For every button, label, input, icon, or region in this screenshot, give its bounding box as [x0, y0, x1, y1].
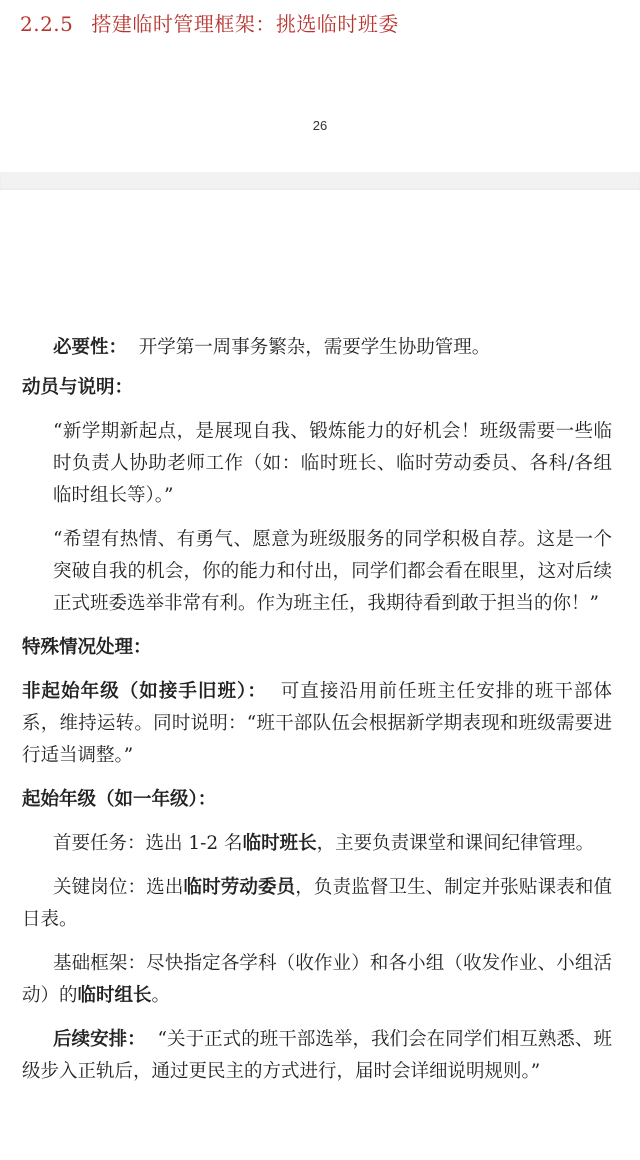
follow-up-label: 后续安排：: [53, 1029, 146, 1050]
previous-page-bottom: 2.2.5搭建临时管理框架：挑选临时班委 26: [0, 0, 640, 172]
section-number: 2.2.5: [20, 12, 73, 36]
necessity-text: 开学第一周事务繁杂，需要学生协助管理。: [139, 337, 491, 358]
section-heading: 2.2.5搭建临时管理框架：挑选临时班委: [20, 8, 399, 37]
starting-item-2: 关键岗位：选出临时劳动委员，负责监督卫生、制定并张贴课表和值日表。: [22, 872, 612, 936]
item-bold-role: 临时劳动委员: [183, 877, 295, 898]
item-bold-role: 临时组长: [78, 985, 152, 1006]
item-suffix: ，主要负责课堂和课间纪律管理。: [317, 833, 595, 854]
mobilization-quote-2: “希望有热情、有勇气、愿意为班级服务的同学积极自荐。这是一个突破自我的机会，你的…: [22, 524, 612, 620]
item-prefix: 首要任务：选出 1-2 名: [53, 833, 243, 854]
mobilization-quote-1: “新学期新起点，是展现自我、锻炼能力的好机会！班级需要一些临时负责人协助老师工作…: [22, 416, 612, 512]
non-starting-grade-label: 非起始年级（如接手旧班）：: [22, 681, 267, 702]
special-cases-heading: 特殊情况处理：: [22, 632, 612, 664]
follow-up-paragraph: 后续安排： “关于正式的班干部选举，我们会在同学们相互熟悉、班级步入正轨后，通过…: [22, 1024, 612, 1088]
page-separator: [0, 172, 640, 190]
item-prefix: 关键岗位：选出: [53, 877, 183, 898]
starting-item-3: 基础框架：尽快指定各学科（收作业）和各小组（收发作业、小组活动）的临时组长。: [22, 948, 612, 1012]
necessity-paragraph: 必要性： 开学第一周事务繁杂，需要学生协助管理。: [22, 332, 612, 364]
necessity-label: 必要性：: [53, 337, 127, 358]
starting-grade-heading: 起始年级（如一年级）：: [22, 784, 612, 816]
starting-item-1: 首要任务：选出 1-2 名临时班长，主要负责课堂和课间纪律管理。: [22, 828, 612, 860]
page-content: 必要性： 开学第一周事务繁杂，需要学生协助管理。 动员与说明： “新学期新起点，…: [22, 330, 612, 1088]
non-starting-grade-paragraph: 非起始年级（如接手旧班）： 可直接沿用前任班主任安排的班干部体系，维持运转。同时…: [22, 676, 612, 772]
item-bold-role: 临时班长: [243, 833, 317, 854]
item-suffix: 。: [152, 985, 171, 1006]
mobilization-heading: 动员与说明：: [22, 372, 612, 404]
page-number: 26: [0, 118, 640, 133]
section-title: 搭建临时管理框架：挑选临时班委: [91, 12, 399, 36]
